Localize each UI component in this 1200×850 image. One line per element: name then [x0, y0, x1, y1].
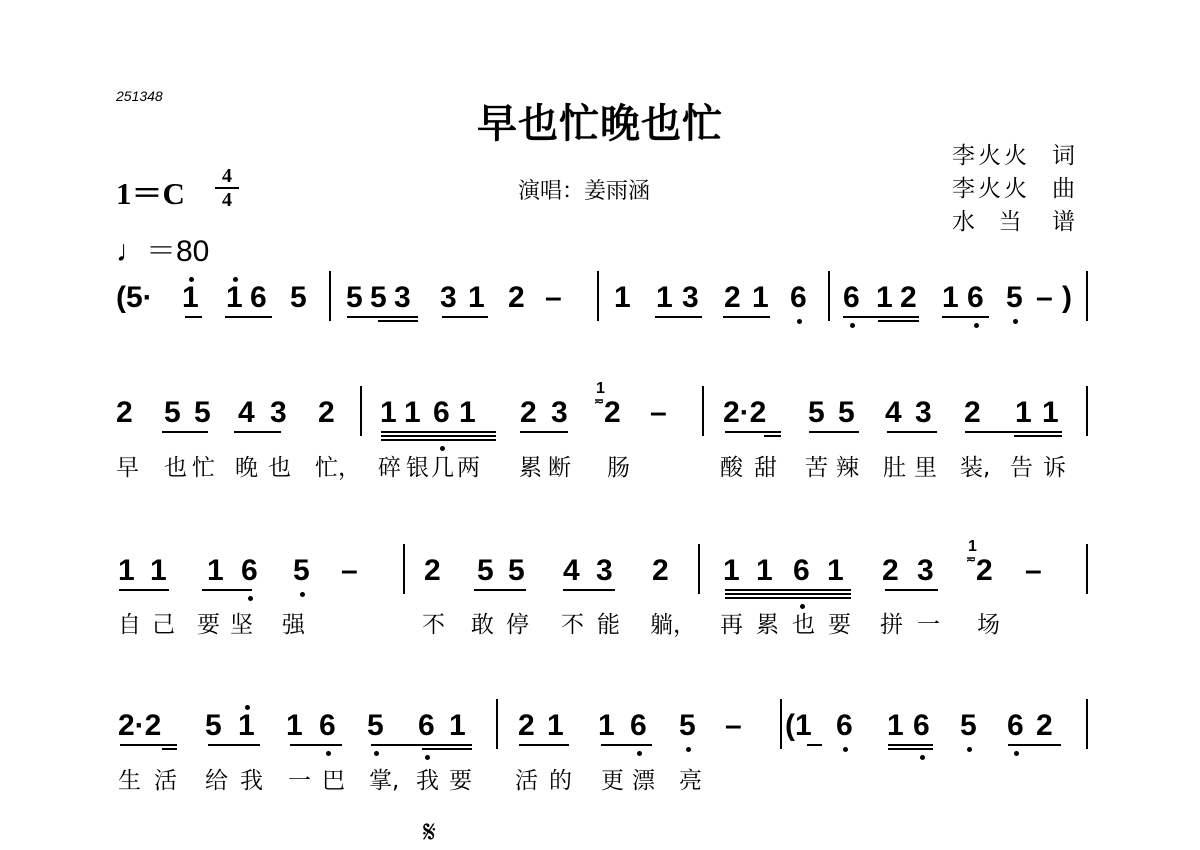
note: 1 [876, 283, 893, 313]
low-octave-dot [800, 604, 805, 609]
note: 6 [843, 283, 860, 313]
low-octave-dot [850, 323, 855, 328]
lyric-char: 场 [977, 612, 1000, 638]
lyric-char: 也 [792, 612, 815, 638]
note: – [1036, 283, 1053, 313]
low-octave-dot [248, 596, 253, 601]
low-octave-dot [425, 755, 430, 760]
note: 3 [440, 283, 457, 313]
barline [403, 544, 405, 594]
note: 5 [1006, 283, 1023, 313]
note: (5· [116, 283, 153, 313]
barline [1086, 386, 1088, 436]
lyric-char: 要 [449, 768, 472, 794]
note: 3 [596, 556, 613, 586]
note: 5 [808, 398, 825, 428]
lyric-char: 掌, [369, 768, 399, 794]
low-octave-dot [1014, 751, 1019, 756]
barline [597, 271, 599, 321]
note: 5 [960, 711, 977, 741]
note: 6 [630, 711, 647, 741]
note: 1 [756, 556, 773, 586]
note: 1 [238, 711, 255, 741]
note: 4 [563, 556, 580, 586]
note: 1 [286, 711, 303, 741]
note: 1 [887, 711, 904, 741]
note: 6 [433, 398, 450, 428]
duration-underline [888, 744, 933, 746]
duration-underline [601, 744, 652, 746]
lyric-char: 坚 [230, 612, 253, 638]
duration-underline [381, 439, 496, 441]
lyric-char: 强 [282, 612, 305, 638]
duration-underline [1008, 744, 1061, 746]
lyric-char: 活 [515, 768, 538, 794]
lyric-char: 我 [240, 768, 263, 794]
note: 1 [614, 283, 631, 313]
lyric-char: 拼 [880, 612, 903, 638]
lyric-char: 几 [431, 455, 454, 481]
note: 1 [1015, 398, 1032, 428]
credits-block: 李火火 词 李火火 曲 水 当 谱 [952, 140, 1075, 239]
duration-underline [225, 316, 272, 318]
lyric-char: 能 [597, 612, 620, 638]
lyric-char: 漂 [632, 768, 655, 794]
note: 6 [319, 711, 336, 741]
lyric-char: 两 [457, 455, 480, 481]
duration-underline [381, 435, 496, 437]
lyric-char: 诉 [1043, 455, 1066, 481]
grace-slur-icon: ≂ [966, 552, 976, 566]
lyric-char: 生 [118, 768, 141, 794]
lyric-char: 甜 [754, 455, 777, 481]
duration-underline [725, 589, 851, 591]
low-octave-dot [974, 323, 979, 328]
note: 5 [508, 556, 525, 586]
time-signature: 4 4 [215, 166, 239, 210]
note: 1 [459, 398, 476, 428]
note: 2 [882, 556, 899, 586]
note: 5 [679, 711, 696, 741]
note: 2 [508, 283, 525, 313]
barline [780, 699, 782, 749]
duration-underline [1014, 435, 1062, 437]
duration-underline [1014, 431, 1062, 433]
note: 3 [915, 398, 932, 428]
low-octave-dot [967, 747, 972, 752]
grace-slur-icon: ≂ [594, 394, 604, 408]
duration-underline [422, 748, 472, 750]
lyric-char: 己 [152, 612, 175, 638]
duration-underline [723, 316, 770, 318]
duration-underline [942, 316, 989, 318]
lyric-char: 也 [164, 455, 187, 481]
barline [1086, 544, 1088, 594]
low-octave-dot [300, 592, 305, 597]
duration-underline [208, 744, 260, 746]
tempo-marking: ♩＝80 [116, 226, 209, 270]
note: 1 [150, 556, 167, 586]
note: 2 [900, 283, 917, 313]
lyric-char: 辣 [836, 455, 859, 481]
lyric-char: 我 [416, 768, 439, 794]
duration-underline [725, 593, 851, 595]
duration-underline [725, 597, 851, 599]
lyric-char: 忙， [315, 455, 361, 481]
note: ) [1062, 283, 1072, 313]
lyric-char: 累 [519, 455, 542, 481]
note: 2 [724, 283, 741, 313]
note: 1 [449, 711, 466, 741]
lyric-char: 累 [756, 612, 779, 638]
lyric-char: 要 [197, 612, 220, 638]
lyric-char: 装, [960, 455, 990, 481]
note: 6 [241, 556, 258, 586]
note: 1 [547, 711, 564, 741]
barline [496, 699, 498, 749]
low-octave-dot [797, 319, 802, 324]
duration-underline [887, 431, 937, 433]
lyric-char: 不 [561, 612, 584, 638]
credit-transcriber: 水 当 谱 [952, 206, 1075, 239]
duration-underline [422, 744, 472, 746]
lyric-char: 敢 [471, 612, 494, 638]
note: 6 [790, 283, 807, 313]
low-octave-dot [686, 747, 691, 752]
duration-underline [234, 431, 281, 433]
note: 2·2 [723, 398, 766, 428]
note: 3 [551, 398, 568, 428]
note: 1 [404, 398, 421, 428]
note: 1 [468, 283, 485, 313]
note: – [341, 556, 358, 586]
duration-underline [202, 589, 252, 591]
note: 5 [164, 398, 181, 428]
duration-underline [809, 431, 859, 433]
note: 5 [293, 556, 310, 586]
duration-underline [162, 431, 208, 433]
note: – [650, 398, 667, 428]
segno-icon: 𝄋 [423, 815, 436, 850]
note: 2 [964, 398, 981, 428]
note: – [725, 711, 742, 741]
note: 1 [182, 283, 199, 313]
note: 2 [976, 556, 993, 586]
lyric-char: 断 [548, 455, 571, 481]
low-octave-dot [440, 446, 445, 451]
duration-underline [185, 316, 202, 318]
barline [698, 544, 700, 594]
duration-underline [655, 316, 702, 318]
note: 1 [1042, 398, 1059, 428]
note: 2 [520, 398, 537, 428]
barline [329, 271, 331, 321]
high-octave-dot [245, 705, 250, 710]
note: 4 [885, 398, 902, 428]
note: 1 [752, 283, 769, 313]
duration-underline [520, 431, 568, 433]
note: 5 [477, 556, 494, 586]
singer-credit: 演唱：姜雨涵 [518, 174, 650, 205]
note: 6 [836, 711, 853, 741]
duration-underline [442, 316, 488, 318]
note: 1 [207, 556, 224, 586]
low-octave-dot [920, 755, 925, 760]
lyric-char: 银 [406, 455, 429, 481]
duration-underline [519, 744, 569, 746]
duration-underline [885, 589, 938, 591]
note: 5 [194, 398, 211, 428]
duration-underline [878, 316, 919, 318]
note: 6 [793, 556, 810, 586]
low-octave-dot [326, 751, 331, 756]
low-octave-dot [843, 747, 848, 752]
lyric-char: 肠 [607, 455, 630, 481]
lyric-char: 自 [118, 612, 141, 638]
lyric-char: 一 [288, 768, 311, 794]
note: 1 [118, 556, 135, 586]
note: 6 [967, 283, 984, 313]
note: 2·2 [118, 711, 161, 741]
lyric-char: 肚 [883, 455, 906, 481]
lyric-char: 亮 [679, 768, 702, 794]
credit-composer: 李火火 曲 [952, 173, 1075, 206]
lyric-char: 的 [549, 768, 572, 794]
note: 3 [682, 283, 699, 313]
note: 5 [367, 711, 384, 741]
lyric-char: 告 [1010, 455, 1033, 481]
lyric-char: 也 [268, 455, 291, 481]
barline [702, 386, 704, 436]
note: 5 [838, 398, 855, 428]
duration-underline [563, 589, 615, 591]
lyric-char: 再 [720, 612, 743, 638]
note: 5 [346, 283, 363, 313]
note: 3 [917, 556, 934, 586]
lyric-char: 酸 [720, 455, 743, 481]
duration-underline [162, 744, 177, 746]
lyric-char: 不 [422, 612, 445, 638]
key-signature: 1＝C [116, 168, 185, 213]
note: 1 [598, 711, 615, 741]
lyric-char: 活 [154, 768, 177, 794]
barline [828, 271, 830, 321]
lyric-char: 忙 [192, 455, 215, 481]
note: – [1025, 556, 1042, 586]
note: 6 [418, 711, 435, 741]
lyric-char: 停 [506, 612, 529, 638]
lyric-char: 要 [828, 612, 851, 638]
note: 1 [827, 556, 844, 586]
note: 2 [652, 556, 669, 586]
barline [1086, 271, 1088, 321]
note: 5 [290, 283, 307, 313]
duration-underline [888, 748, 933, 750]
note: 2 [604, 398, 621, 428]
note: 4 [238, 398, 255, 428]
low-octave-dot [637, 751, 642, 756]
note: (1 [785, 711, 812, 741]
note: 1 [723, 556, 740, 586]
note: 2 [318, 398, 335, 428]
lyric-char: 躺， [650, 612, 696, 638]
lyric-char: 苦 [805, 455, 828, 481]
duration-underline [878, 320, 919, 322]
credit-lyricist: 李火火 词 [952, 140, 1075, 173]
lyric-char: 碎 [378, 455, 401, 481]
duration-underline [764, 435, 781, 437]
duration-underline [807, 744, 822, 746]
note: – [545, 283, 562, 313]
barline [360, 386, 362, 436]
duration-underline [378, 316, 418, 318]
lyric-char: 里 [914, 455, 937, 481]
high-octave-dot [233, 277, 238, 282]
lyric-char: 一 [917, 612, 940, 638]
note: 2 [518, 711, 535, 741]
note: 3 [394, 283, 411, 313]
note: 3 [270, 398, 287, 428]
note: 1 [380, 398, 397, 428]
duration-underline [290, 744, 342, 746]
barline [1086, 699, 1088, 749]
lyric-char: 巴 [322, 768, 345, 794]
duration-underline [474, 589, 526, 591]
note: 1 [942, 283, 959, 313]
lyric-char: 晚 [235, 455, 258, 481]
duration-underline [162, 748, 177, 750]
note: 5 [370, 283, 387, 313]
lyric-char: 给 [205, 768, 228, 794]
note: 1 [226, 283, 243, 313]
low-octave-dot [1013, 319, 1018, 324]
note: 5 [205, 711, 222, 741]
note: 6 [250, 283, 267, 313]
note: 6 [913, 711, 930, 741]
note: 2 [1036, 711, 1053, 741]
note: 6 [1007, 711, 1024, 741]
duration-underline [378, 320, 418, 322]
duration-underline [764, 431, 781, 433]
lyric-char: 早 [116, 455, 139, 481]
note: 2 [424, 556, 441, 586]
note: 2 [116, 398, 133, 428]
note: 1 [656, 283, 673, 313]
high-octave-dot [189, 277, 194, 282]
duration-underline [381, 431, 496, 433]
duration-underline [119, 589, 169, 591]
low-octave-dot [374, 751, 379, 756]
lyric-char: 更 [601, 768, 624, 794]
